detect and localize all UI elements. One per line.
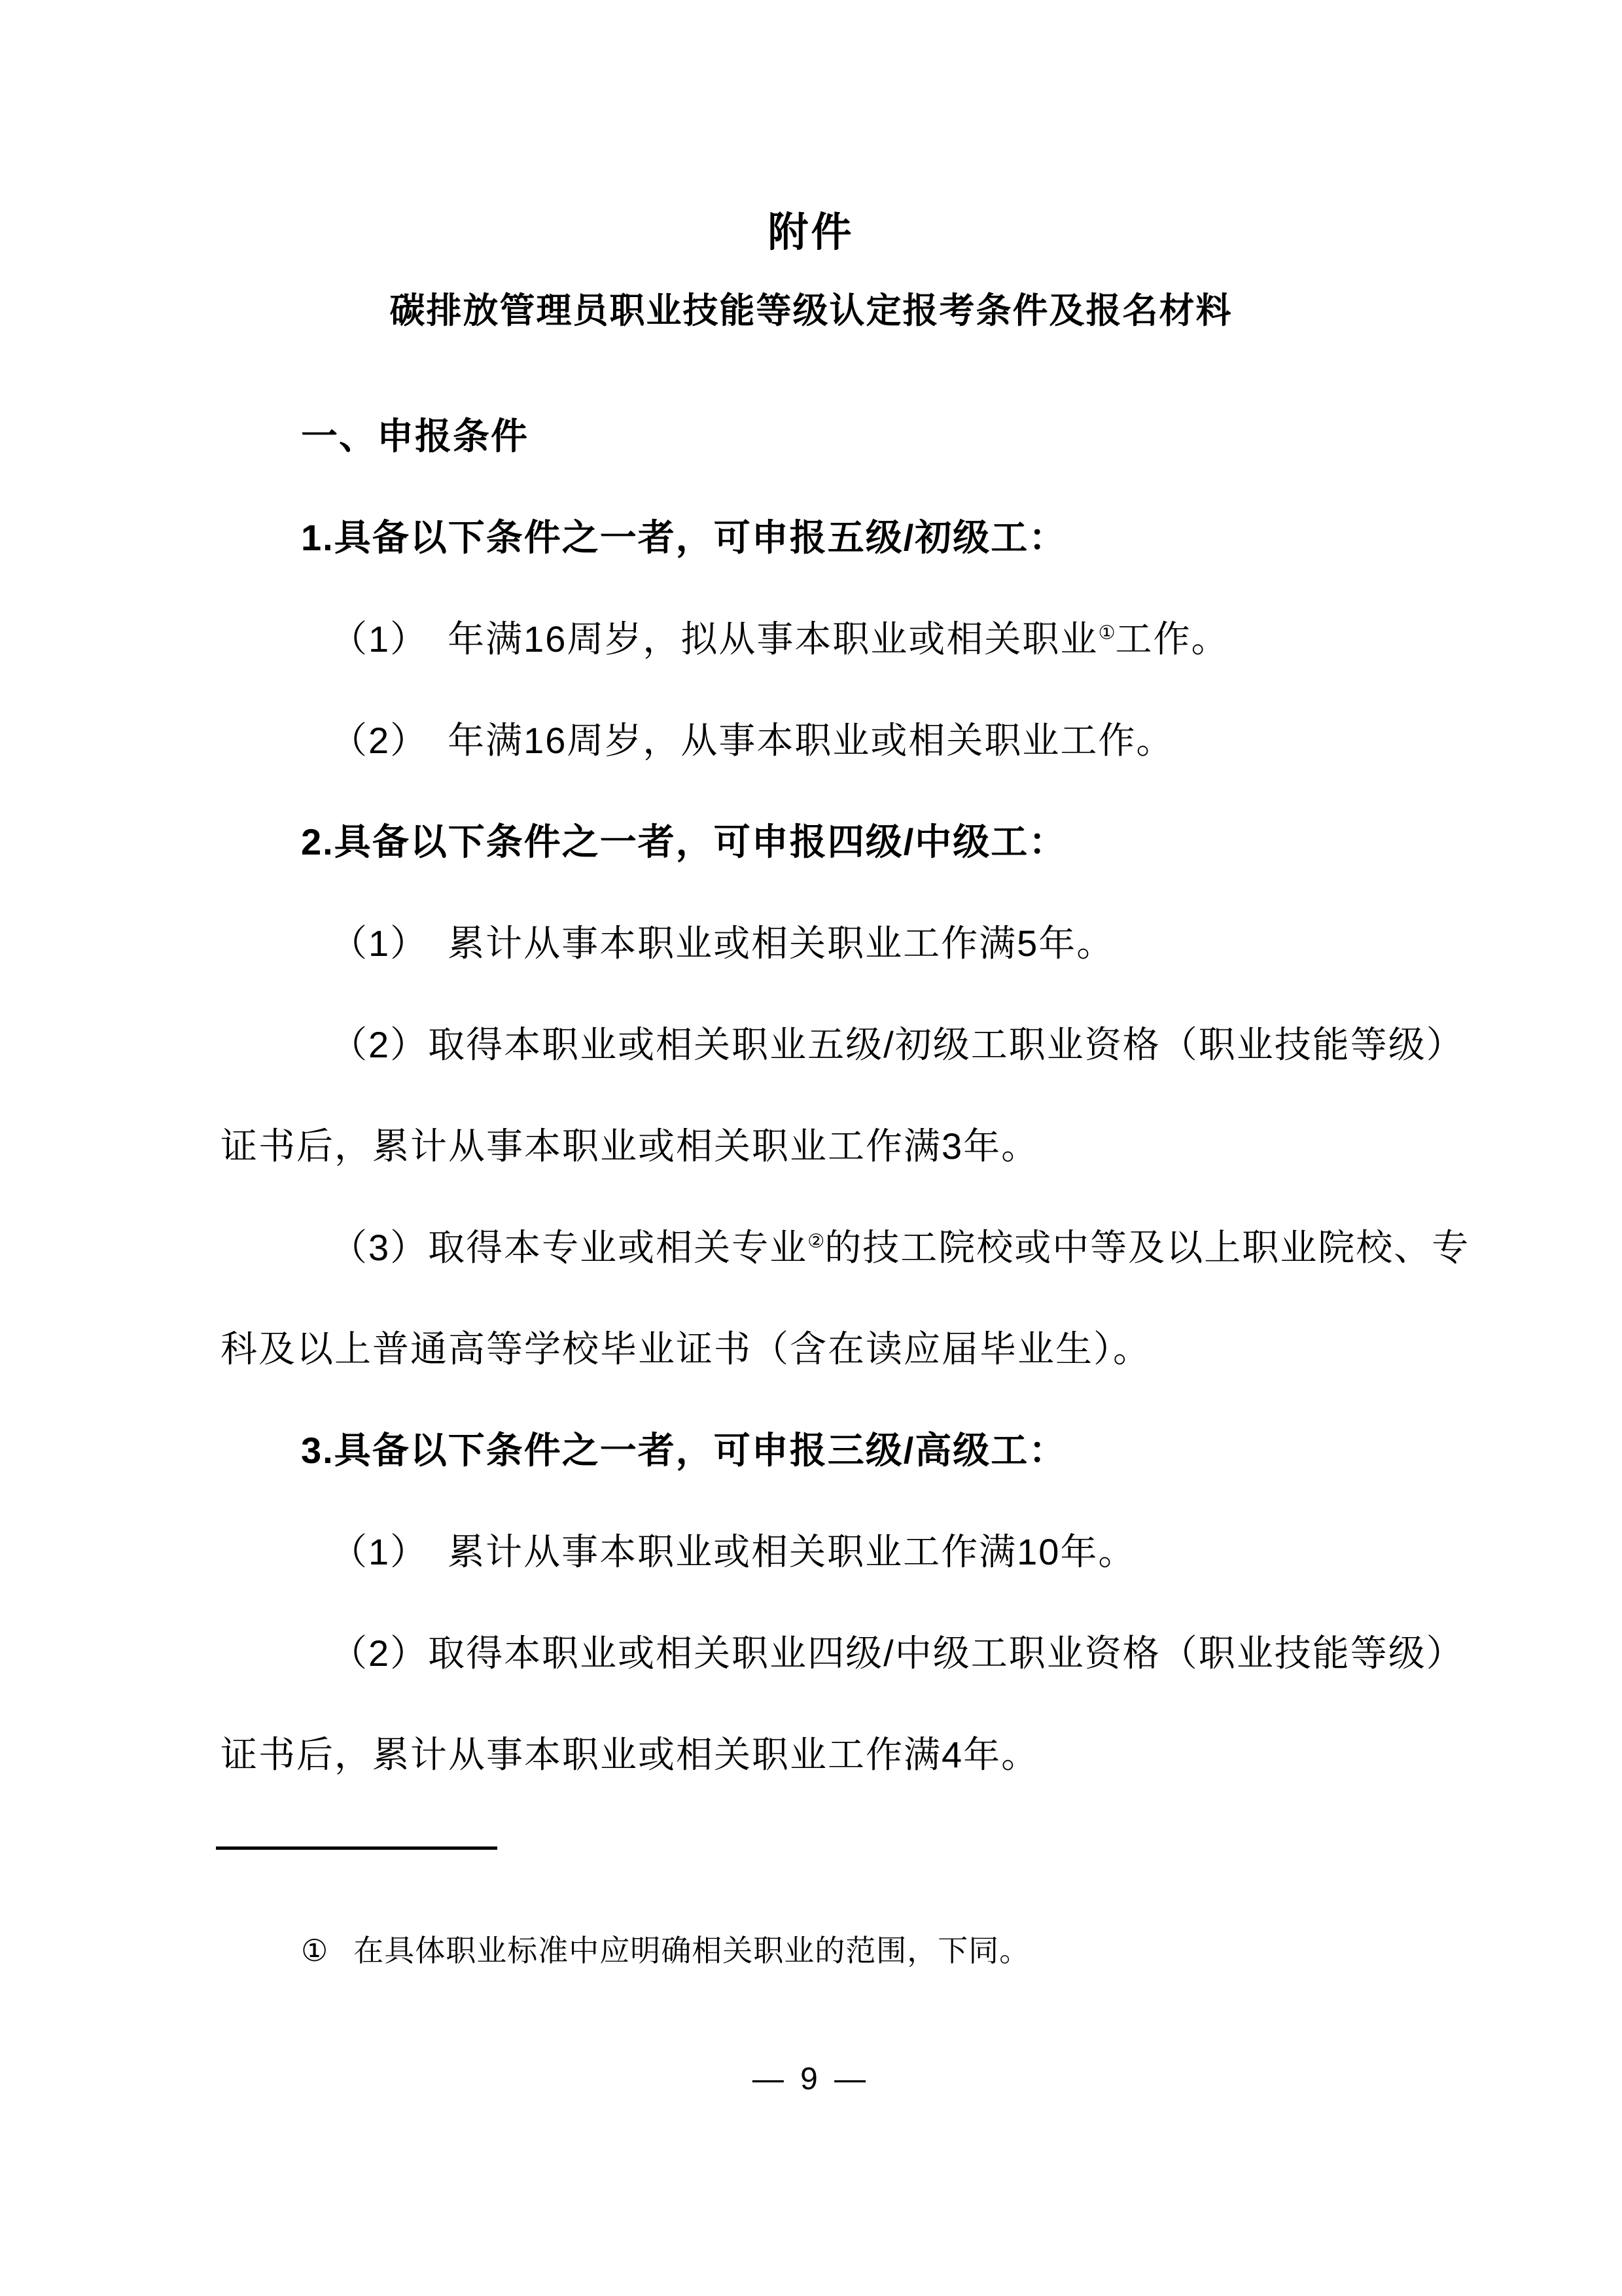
paragraph-line: （2）取得本职业或相关职业五级/初级工职业资格（职业技能等级） <box>330 1024 1464 1066</box>
paragraph-line: （1） 累计从事本职业或相关职业工作满10年。 <box>330 1531 1136 1573</box>
paragraph-text: （1） 年满16周岁，拟从事本职业或相关职业 <box>330 618 1098 660</box>
section-heading-application-conditions: 一、申报条件 <box>301 415 529 457</box>
paragraph-line: 证书后，累计从事本职业或相关职业工作满4年。 <box>220 1734 1039 1776</box>
paragraph-line: 科及以上普通高等学校毕业证书（含在读应届毕业生）。 <box>220 1328 1151 1370</box>
page-number: — 9 — <box>0 2061 1622 2097</box>
paragraph-text: 的技工院校或中等及以上职业院校、专 <box>824 1227 1470 1268</box>
attachment-label: 附件 <box>0 200 1622 258</box>
footnote: ①在具体职业标准中应明确相关职业的范围，下同。 <box>301 1927 1030 1970</box>
paragraph-line: 证书后，累计从事本职业或相关职业工作满3年。 <box>220 1125 1039 1167</box>
paragraph-text: 工作。 <box>1116 618 1229 660</box>
heading-level4-conditions: 2.具备以下条件之一者，可申报四级/中级工： <box>301 821 1067 863</box>
footnote-separator <box>216 1846 497 1850</box>
paragraph-text: （3）取得本专业或相关专业 <box>330 1227 807 1268</box>
footnote-text: 在具体职业标准中应明确相关职业的范围，下同。 <box>353 1934 1030 1968</box>
footnote-marker: ① <box>301 1934 328 1968</box>
document-page: 附件 碳排放管理员职业技能等级认定报考条件及报名材料 一、申报条件 1.具备以下… <box>0 0 1622 2296</box>
paragraph-line: （1） 累计从事本职业或相关职业工作满5年。 <box>330 923 1114 964</box>
paragraph-line: （3）取得本专业或相关专业②的技工院校或中等及以上职业院校、专 <box>330 1227 1470 1269</box>
heading-level3-conditions: 3.具备以下条件之一者，可申报三级/高级工： <box>301 1430 1067 1472</box>
document-title: 碳排放管理员职业技能等级认定报考条件及报名材料 <box>0 283 1622 333</box>
footnote-ref-1: ① <box>1098 622 1115 643</box>
paragraph-line: （1） 年满16周岁，拟从事本职业或相关职业①工作。 <box>330 618 1229 660</box>
footnote-ref-2: ② <box>807 1231 824 1252</box>
paragraph-line: （2）取得本职业或相关职业四级/中级工职业资格（职业技能等级） <box>330 1633 1464 1674</box>
heading-level5-conditions: 1.具备以下条件之一者，可申报五级/初级工： <box>301 517 1067 559</box>
paragraph-line: （2） 年满16周岁，从事本职业或相关职业工作。 <box>330 720 1174 762</box>
